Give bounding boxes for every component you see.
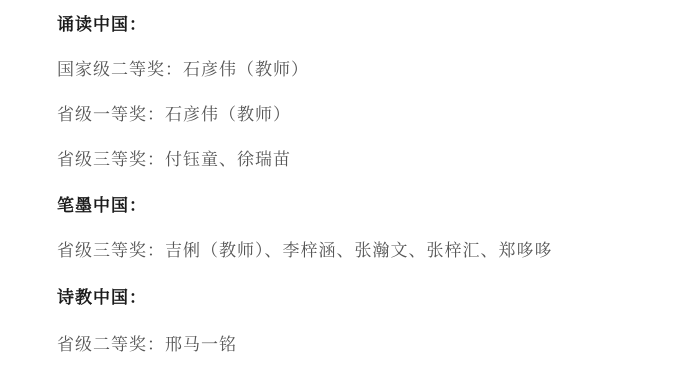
section-heading: 诵读中国：	[57, 14, 147, 36]
section-heading: 诗教中国：	[57, 287, 147, 309]
award-line: 省级三等奖：吉俐（教师）、李梓涵、张瀚文、张梓汇、郑哆哆	[57, 240, 553, 262]
award-line: 省级一等奖：石彦伟（教师）	[57, 104, 291, 126]
award-line: 省级二等奖：邢马一铭	[57, 334, 237, 356]
award-line: 国家级二等奖：石彦伟（教师）	[57, 59, 309, 81]
section-heading: 笔墨中国：	[57, 195, 147, 217]
award-line: 省级三等奖：付钰童、徐瑞苗	[57, 149, 291, 171]
